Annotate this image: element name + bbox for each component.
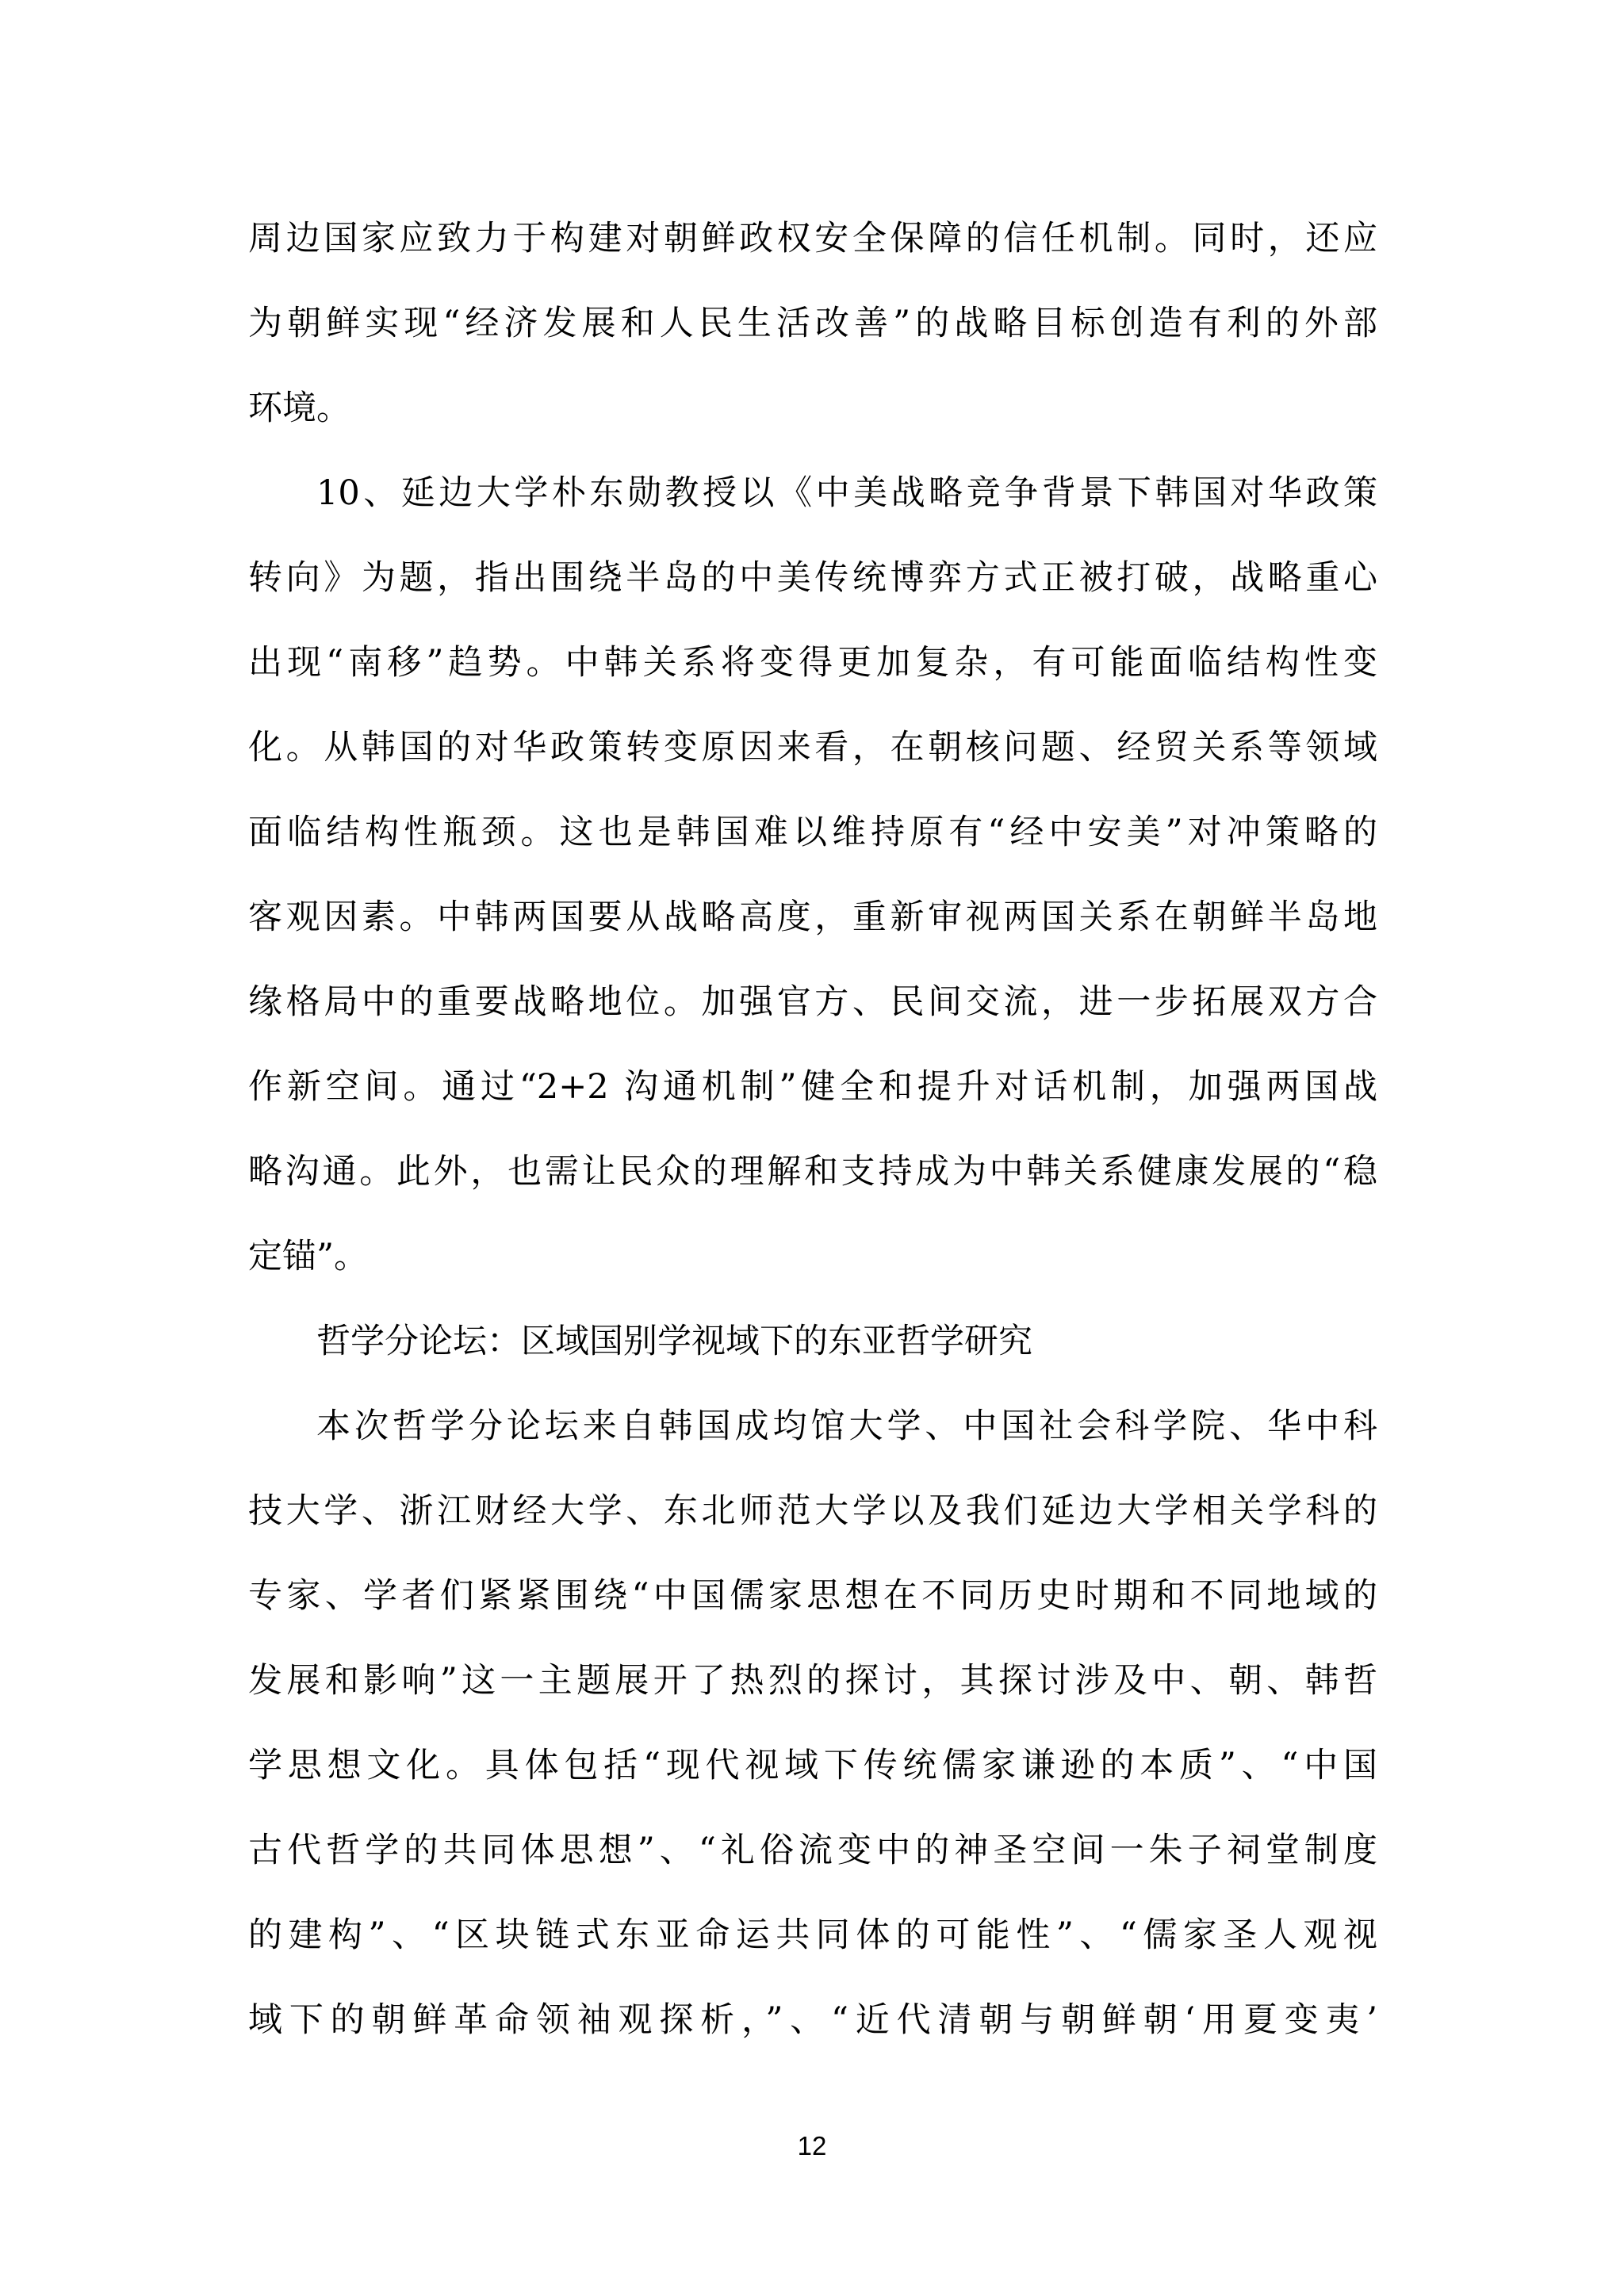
text-line: 环境。 [248, 366, 1377, 451]
text-line: 本次哲学分论坛来自韩国成均馆大学、中国社会科学院、华中科 [248, 1384, 1377, 1469]
document-body: 周边国家应致力于构建对朝鲜政权安全保障的信任机制。同时，还应为朝鲜实现“经济发展… [248, 197, 1377, 2063]
text-line: 哲学分论坛：区域国别学视域下的东亚哲学研究 [248, 1299, 1377, 1384]
text-line: 出现“南移”趋势。中韩关系将变得更加复杂，有可能面临结构性变 [248, 621, 1377, 706]
document-page: 周边国家应致力于构建对朝鲜政权安全保障的信任机制。同时，还应为朝鲜实现“经济发展… [0, 0, 1624, 2296]
text-line: 定锚”。 [248, 1215, 1377, 1299]
text-line: 周边国家应致力于构建对朝鲜政权安全保障的信任机制。同时，还应 [248, 197, 1377, 281]
text-line: 面临结构性瓶颈。这也是韩国难以维持原有“经中安美”对冲策略的 [248, 790, 1377, 875]
text-line: 缘格局中的重要战略地位。加强官方、民间交流，进一步拓展双方合 [248, 960, 1377, 1045]
text-line: 作新空间。通过“2+2 沟通机制”健全和提升对话机制，加强两国战 [248, 1045, 1377, 1130]
text-line: 技大学、浙江财经大学、东北师范大学以及我们延边大学相关学科的 [248, 1469, 1377, 1554]
text-line: 的建构”、“区块链式东亚命运共同体的可能性”、“儒家圣人观视 [248, 1893, 1377, 1978]
text-line: 为朝鲜实现“经济发展和人民生活改善”的战略目标创造有利的外部 [248, 281, 1377, 366]
text-line: 略沟通。此外，也需让民众的理解和支持成为中韩关系健康发展的“稳 [248, 1130, 1377, 1215]
text-line: 转向》为题，指出围绕半岛的中美传统博弈方式正被打破，战略重心 [248, 536, 1377, 621]
text-line: 10、延边大学朴东勋教授以《中美战略竞争背景下韩国对华政策 [248, 451, 1377, 536]
page-number: 12 [0, 2131, 1624, 2161]
text-line: 域下的朝鲜革命领袖观探析，”、“近代清朝与朝鲜朝‘用夏变夷’ [248, 1978, 1377, 2063]
text-line: 古代哲学的共同体思想”、“礼俗流变中的神圣空间一朱子祠堂制度 [248, 1808, 1377, 1893]
text-line: 学思想文化。具体包括“现代视域下传统儒家谦逊的本质”、“中国 [248, 1724, 1377, 1808]
text-line: 专家、学者们紧紧围绕“中国儒家思想在不同历史时期和不同地域的 [248, 1554, 1377, 1639]
text-line: 发展和影响”这一主题展开了热烈的探讨，其探讨涉及中、朝、韩哲 [248, 1639, 1377, 1724]
text-line: 客观因素。中韩两国要从战略高度，重新审视两国关系在朝鲜半岛地 [248, 875, 1377, 960]
text-line: 化。从韩国的对华政策转变原因来看，在朝核问题、经贸关系等领域 [248, 706, 1377, 790]
